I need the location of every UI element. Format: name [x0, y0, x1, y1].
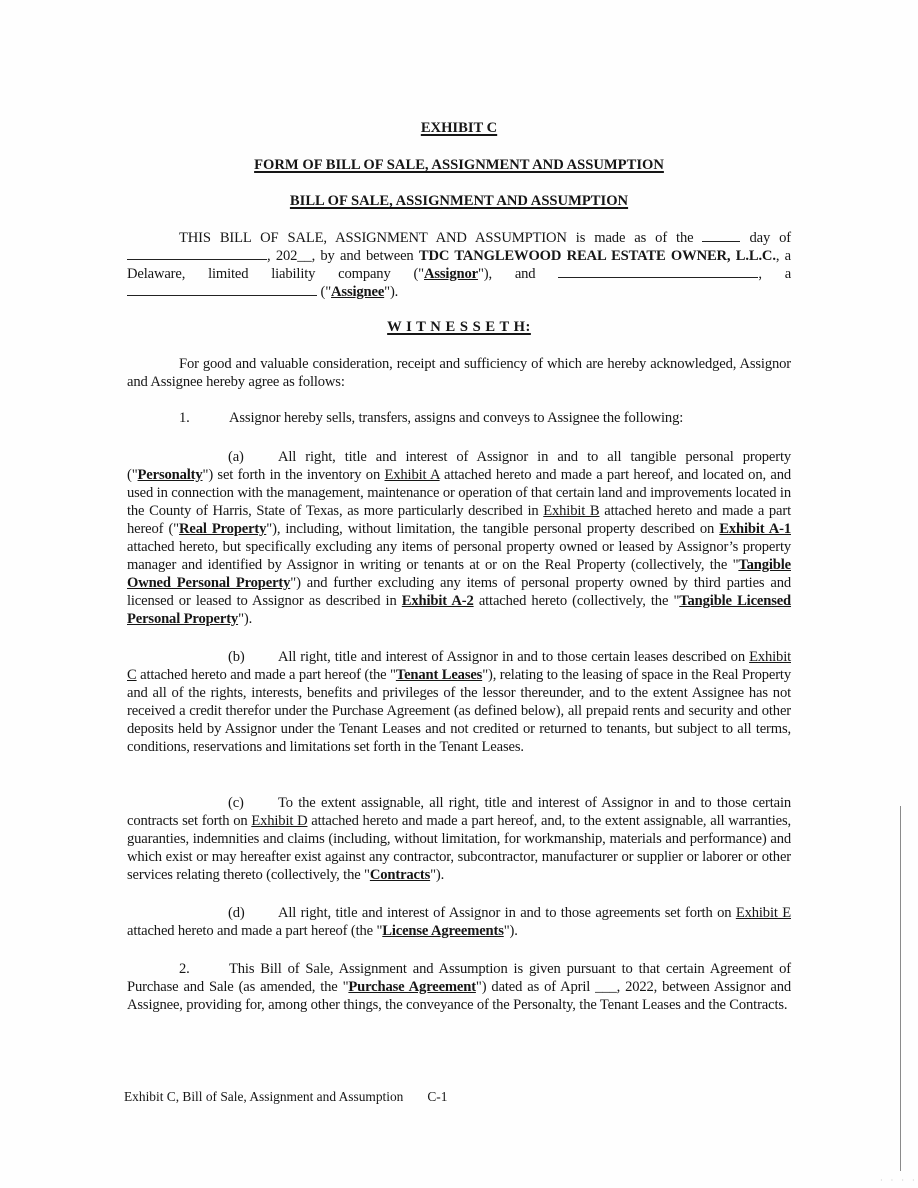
- page-number: C-1: [427, 1089, 447, 1104]
- form-title: FORM OF BILL OF SALE, ASSIGNMENT AND ASS…: [0, 157, 918, 174]
- scan-artifact-dots: · · · ·: [880, 1176, 918, 1185]
- document-page: EXHIBIT C FORM OF BILL OF SALE, ASSIGNME…: [0, 0, 918, 1188]
- document-title: BILL OF SALE, ASSIGNMENT AND ASSUMPTION: [0, 193, 918, 210]
- page-footer: Exhibit C, Bill of Sale, Assignment and …: [124, 1089, 447, 1105]
- witnesseth-heading: W I T N E S S E T H:: [0, 319, 918, 336]
- footer-title: Exhibit C, Bill of Sale, Assignment and …: [124, 1089, 403, 1104]
- paragraph-a: (a)All right, title and interest of Assi…: [127, 448, 791, 628]
- recital-paragraph: For good and valuable consideration, rec…: [127, 355, 791, 391]
- day-blank: [702, 229, 740, 242]
- intro-paragraph: THIS BILL OF SALE, ASSIGNMENT AND ASSUMP…: [127, 229, 791, 301]
- exhibit-heading: EXHIBIT C: [0, 120, 918, 137]
- paragraph-c: (c)To the extent assignable, all right, …: [127, 794, 791, 884]
- paragraph-d: (d)All right, title and interest of Assi…: [127, 904, 791, 940]
- assignee-name-blank: [558, 265, 758, 278]
- paragraph-b: (b)All right, title and interest of Assi…: [127, 648, 791, 756]
- assignee-entity-blank: [127, 283, 317, 296]
- section-1: 1.Assignor hereby sells, transfers, assi…: [127, 409, 791, 427]
- section-2: 2.This Bill of Sale, Assignment and Assu…: [127, 960, 791, 1014]
- scan-artifact-line: [900, 806, 901, 1171]
- month-blank: [127, 247, 267, 260]
